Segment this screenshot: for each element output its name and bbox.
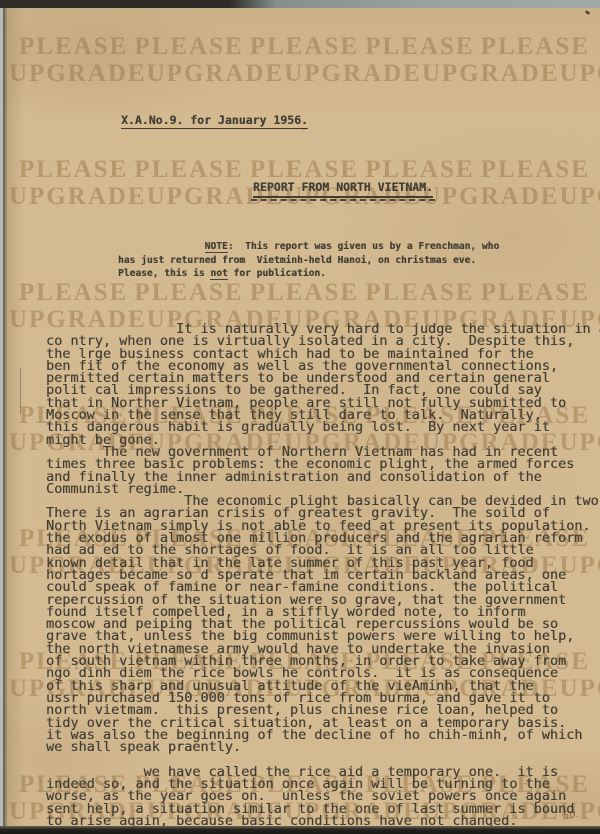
watermark-please-text: PLEASE bbox=[19, 33, 128, 60]
watermark-upgrade-text: UPGRADE bbox=[9, 60, 147, 87]
watermark-upgrade-text: UPGRADE bbox=[9, 183, 147, 210]
watermark-upgrade-text: UPGRADE bbox=[559, 60, 600, 87]
watermark-please-text: PLEASE bbox=[250, 279, 359, 306]
note-block: NOTE: This report was given us by a Fren… bbox=[118, 240, 499, 281]
watermark-please-text: PLEASE bbox=[481, 33, 590, 60]
watermark-upgrade-text: UPGRADE bbox=[422, 60, 560, 87]
scan-speck bbox=[303, 128, 305, 130]
note-line-2: has just returned from Vietminh-held Han… bbox=[118, 254, 499, 268]
title-text: REPORT FROM NORTH VIETNAM. bbox=[253, 180, 433, 198]
watermark-please-text: PLEASE bbox=[19, 156, 128, 183]
paper-page: PLEASEPLEASEPLEASEPLEASEPLEASEUPGRADEUPG… bbox=[7, 8, 600, 826]
report-body: It is naturally very hard to judge the s… bbox=[46, 323, 600, 826]
scan-speck bbox=[585, 10, 591, 15]
document-title: REPORT FROM NORTH VIETNAM. bbox=[253, 180, 433, 198]
watermark-please-text: PLEASE bbox=[481, 156, 590, 183]
watermark-upgrade-text: UPGRADE bbox=[147, 60, 285, 87]
watermark-upgrade-text: UPGRADE bbox=[422, 183, 560, 210]
scan-edge-bottom bbox=[0, 826, 600, 834]
watermark-please-text: PLEASE bbox=[134, 33, 243, 60]
page-number: 50. bbox=[562, 809, 579, 822]
note-label: NOTE bbox=[205, 241, 228, 253]
watermark-please-text: PLEASE bbox=[365, 156, 474, 183]
watermark-please-text: PLEASE bbox=[134, 156, 243, 183]
watermark-please-text: PLEASE bbox=[481, 279, 590, 306]
watermark-please-text: PLEASE bbox=[250, 33, 359, 60]
watermark-upgrade-text: UPGRADE bbox=[284, 60, 422, 87]
paper-crease bbox=[20, 368, 21, 414]
watermark-please-text: PLEASE bbox=[365, 33, 474, 60]
note-not-word: not bbox=[210, 268, 227, 280]
reference-text: X.A.No.9. for January 1956. bbox=[121, 113, 308, 129]
watermark-please-text: PLEASE bbox=[19, 279, 128, 306]
scanned-document: PLEASEPLEASEPLEASEPLEASEPLEASEUPGRADEUPG… bbox=[0, 0, 600, 834]
watermark-upgrade-text: UPGRADE bbox=[559, 183, 600, 210]
note-line-3: Please, this is not for publication. bbox=[118, 267, 499, 281]
document-reference: X.A.No.9. for January 1956. bbox=[121, 113, 308, 127]
scan-edge-left bbox=[0, 8, 7, 826]
watermark-please-text: PLEASE bbox=[365, 279, 474, 306]
scan-edge-top bbox=[0, 0, 600, 8]
note-line-1: NOTE: This report was given us by a Fren… bbox=[118, 240, 499, 254]
watermark-please-text: PLEASE bbox=[250, 156, 359, 183]
watermark-please-text: PLEASE bbox=[134, 279, 243, 306]
